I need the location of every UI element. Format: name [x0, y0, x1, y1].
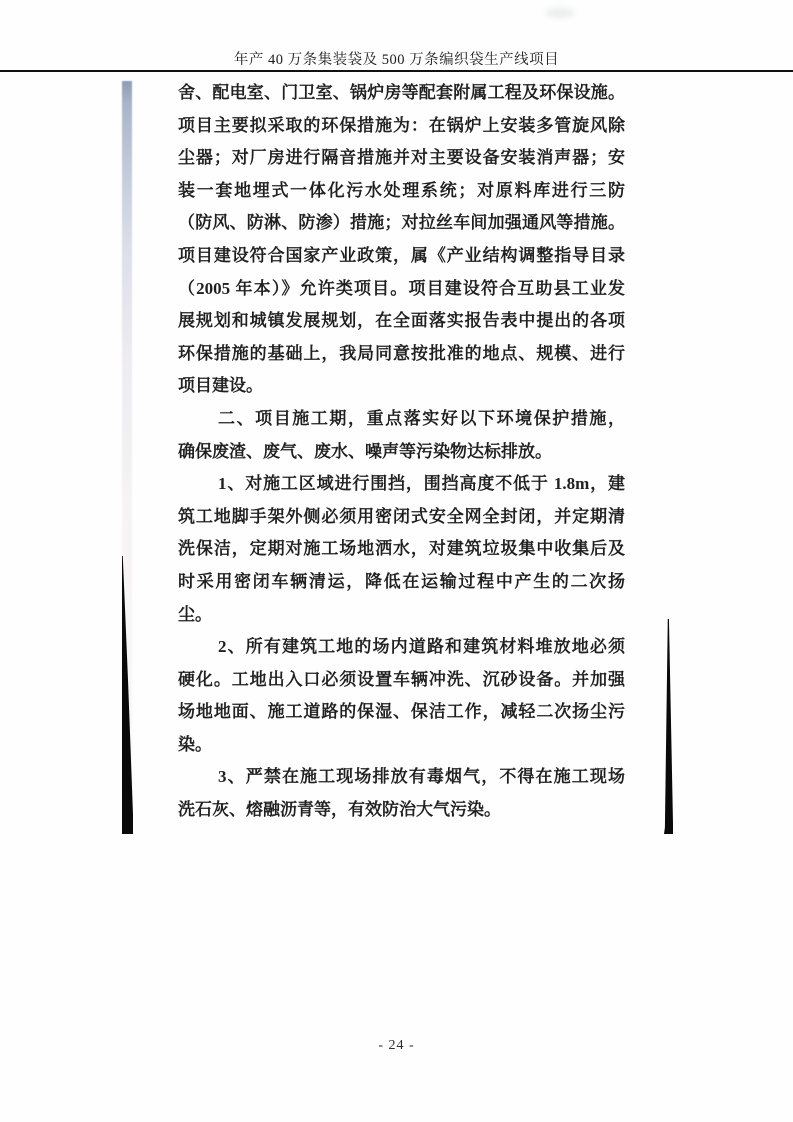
body-line: 项目主要拟采取的环保措施为：在锅炉上安装多管旋风除	[178, 110, 625, 143]
body-line: 项目建设符合国家产业政策，属《产业结构调整指导目录	[178, 240, 625, 273]
body-line: （2005 年本）》允许类项目。项目建设符合互助县工业发	[178, 273, 625, 306]
body-line: 环保措施的基础上，我局同意按批准的地点、规模、进行	[178, 338, 625, 371]
scan-artifact-right-wedge	[664, 619, 673, 834]
scanned-document-page: 年产 40 万条集装袋及 500 万条编织袋生产线项目 舍、配电室、门卫室、锅炉…	[0, 0, 793, 1122]
body-line: 筑工地脚手架外侧必须用密闭式安全网全封闭，并定期清	[178, 501, 625, 534]
body-line: （防风、防淋、防渗）措施；对拉丝车间加强通风等措施。	[178, 207, 625, 240]
body-line: 1、对施工区域进行围挡，围挡高度不低于 1.8m，建	[178, 468, 625, 501]
body-line: 项目建设。	[178, 370, 625, 403]
page-number: - 24 -	[0, 1038, 793, 1054]
body-line: 装一套地埋式一体化污水处理系统；对原料库进行三防	[178, 175, 625, 208]
body-line: 硬化。工地出入口必须设置车辆冲洗、沉砂设备。并加强	[178, 664, 625, 697]
body-line: 3、严禁在施工现场排放有毒烟气，不得在施工现场	[178, 761, 625, 794]
document-body: 舍、配电室、门卫室、锅炉房等配套附属工程及环保设施。项目主要拟采取的环保措施为：…	[178, 77, 625, 827]
body-line: 洗石灰、熔融沥青等，有效防治大气污染。	[178, 794, 625, 827]
body-line: 尘。	[178, 599, 625, 632]
body-line: 场地地面、施工道路的保湿、保洁工作，减轻二次扬尘污	[178, 696, 625, 729]
body-line: 洗保洁，定期对施工场地洒水，对建筑垃圾集中收集后及	[178, 533, 625, 566]
body-line: 展规划和城镇发展规划，在全面落实报告表中提出的各项	[178, 305, 625, 338]
scan-smudge	[545, 8, 575, 18]
document-header-title: 年产 40 万条集装袋及 500 万条编织袋生产线项目	[0, 51, 793, 69]
body-line: 染。	[178, 729, 625, 762]
body-line: 确保废渣、废气、废水、噪声等污染物达标排放。	[178, 436, 625, 469]
body-line: 时采用密闭车辆清运，降低在运输过程中产生的二次扬	[178, 566, 625, 599]
body-line: 二、项目施工期，重点落实好以下环境保护措施，	[178, 403, 625, 436]
body-line: 舍、配电室、门卫室、锅炉房等配套附属工程及环保设施。	[178, 77, 625, 110]
header-divider-rule	[0, 70, 793, 72]
body-line: 2、所有建筑工地的场内道路和建筑材料堆放地必须	[178, 631, 625, 664]
body-line: 尘器；对厂房进行隔音措施并对主要设备安装消声器；安	[178, 142, 625, 175]
